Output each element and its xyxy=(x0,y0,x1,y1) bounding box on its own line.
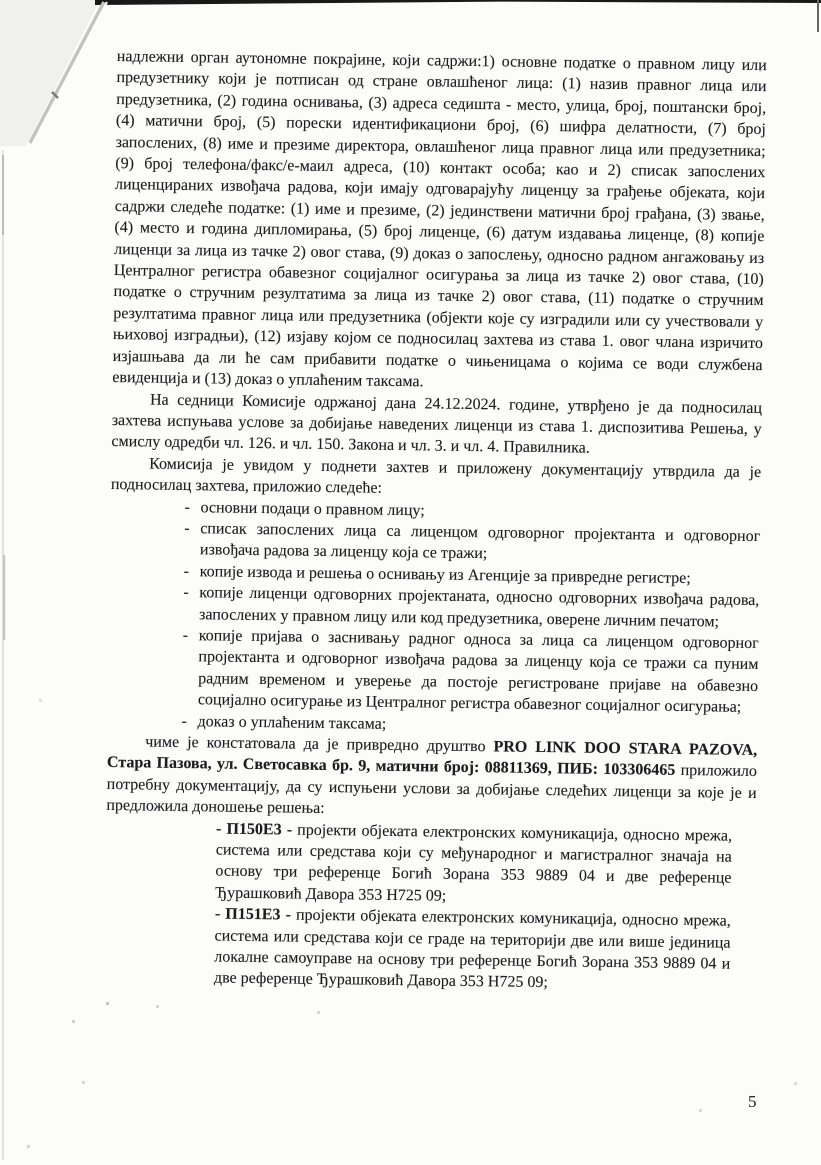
page-fold-highlight xyxy=(33,2,107,143)
list-dash: - xyxy=(184,518,201,561)
license-code: - П150Е3 - xyxy=(216,820,292,838)
paragraph-session-decision: На седници Комисије одржаној дана 24.12.… xyxy=(111,388,762,461)
license-description: пројекти објеката електронских комуникац… xyxy=(215,821,732,904)
scanned-page: надлежни орган аутономне покрајине, који… xyxy=(0,0,821,1165)
page-fold-corner-shade xyxy=(0,0,100,146)
page-fold-crease xyxy=(30,2,104,143)
attachment-item-text: копије пријава о заснивању радног односа… xyxy=(198,625,759,718)
fold-nick-mark xyxy=(52,92,58,98)
list-dash: - xyxy=(183,582,200,625)
list-dash: - xyxy=(184,561,200,583)
license-item: - П151Е3 - пројекти објеката електронски… xyxy=(214,904,731,997)
attachments-list: - основни подаци о правном лицу; - списа… xyxy=(107,495,760,740)
paragraph-continuation: надлежни орган аутономне покрајине, који… xyxy=(112,46,767,398)
licenses-list: - П150Е3 - пројекти објеката електронски… xyxy=(104,817,756,997)
list-dash: - xyxy=(181,711,197,733)
license-code: - П151Е3 - xyxy=(215,906,291,924)
license-description: пројекти објеката електронских комуникац… xyxy=(214,907,731,992)
page-number: 5 xyxy=(748,1092,757,1112)
scan-speckles xyxy=(0,0,1,1)
license-item: - П150Е3 - пројекти објеката електронски… xyxy=(215,818,732,911)
document-content: надлежни орган аутономне покрајине, који… xyxy=(104,46,767,997)
scan-edge-top-left xyxy=(0,0,96,2)
attachment-item: - копије пријава о заснивању радног одно… xyxy=(108,624,759,719)
scan-edge-top-bar xyxy=(95,0,821,5)
list-dash: - xyxy=(184,497,200,519)
conclusion-text-run: чиме је констатовала да је привредно дру… xyxy=(145,733,494,755)
paragraph-conclusion: чиме је констатовала да је привредно дру… xyxy=(106,731,757,826)
list-dash: - xyxy=(182,625,199,711)
